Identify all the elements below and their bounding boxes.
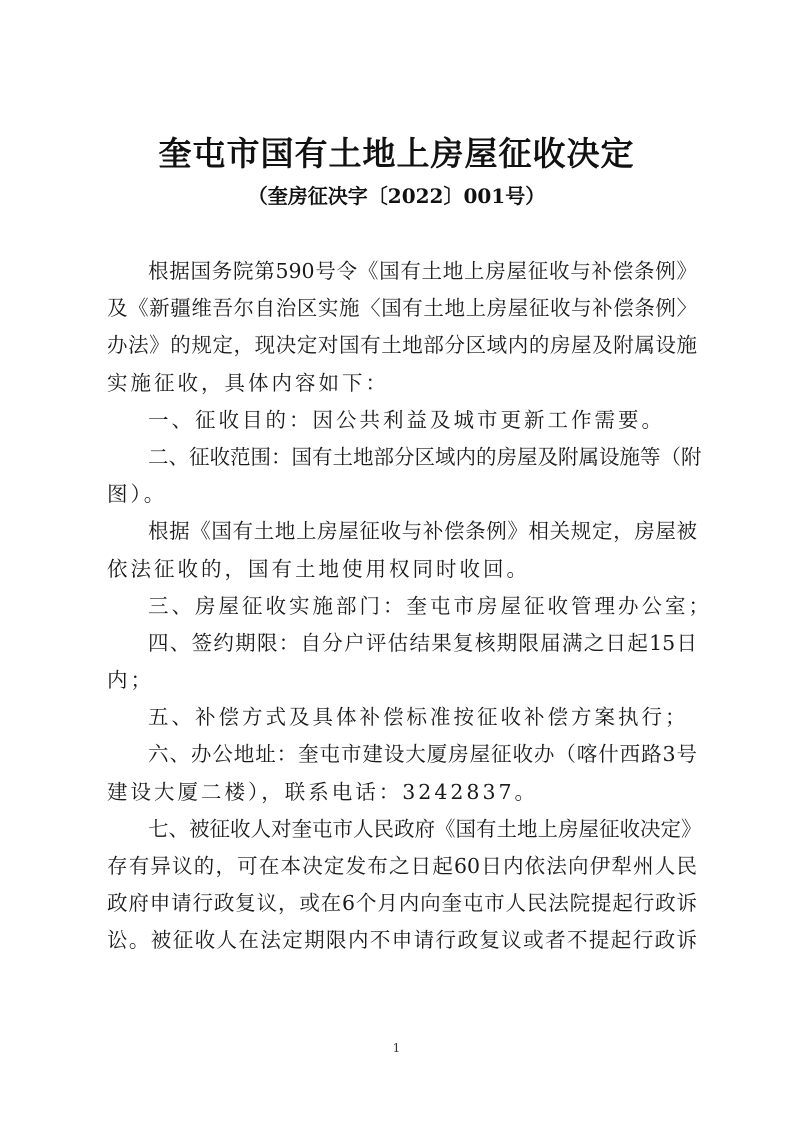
document-number: （奎房征决字〔2022〕001号） [0, 182, 793, 210]
body-line: 及《新疆维吾尔自治区实施〈国有土地上房屋征收与补偿条例〉 [107, 290, 697, 327]
document-page: 奎屯市国有土地上房屋征收决定 （奎房征决字〔2022〕001号） 根据国务院第5… [0, 0, 793, 1122]
body-line: 根据《国有土地上房屋征收与补偿条例》相关规定，房屋被 [107, 513, 697, 550]
body-line: 根据国务院第590号令《国有土地上房屋征收与补偿条例》 [107, 253, 697, 290]
body-line: 内； [107, 662, 697, 699]
body-line: 三、房屋征收实施部门：奎屯市房屋征收管理办公室； [107, 588, 697, 625]
body-line: 依法征收的，国有土地使用权同时收回。 [107, 551, 697, 588]
body-line: 办法》的规定，现决定对国有土地部分区域内的房屋及附属设施 [107, 327, 697, 364]
body-line: 讼。被征收人在法定期限内不申请行政复议或者不提起行政诉 [107, 922, 697, 959]
document-body: 根据国务院第590号令《国有土地上房屋征收与补偿条例》 及《新疆维吾尔自治区实施… [107, 253, 697, 960]
body-line: 六、办公地址：奎屯市建设大厦房屋征收办（喀什西路3号 [107, 736, 697, 773]
body-line: 七、被征收人对奎屯市人民政府《国有土地上房屋征收决定》 [107, 811, 697, 848]
body-line: 图）。 [107, 476, 697, 513]
body-line: 实施征收，具体内容如下： [107, 365, 697, 402]
page-number: 1 [0, 1041, 793, 1055]
body-line: 一、征收目的：因公共利益及城市更新工作需要。 [107, 402, 697, 439]
body-line: 四、签约期限：自分户评估结果复核期限届满之日起15日 [107, 625, 697, 662]
body-line: 二、征收范围：国有土地部分区域内的房屋及附属设施等（附 [107, 439, 697, 476]
body-line: 五、补偿方式及具体补偿标准按征收补偿方案执行； [107, 699, 697, 736]
document-title: 奎屯市国有土地上房屋征收决定 [0, 134, 793, 174]
body-line: 存有异议的，可在本决定发布之日起60日内依法向伊犁州人民 [107, 848, 697, 885]
body-line: 政府申请行政复议，或在6个月内向奎屯市人民法院提起行政诉 [107, 885, 697, 922]
body-line: 建设大厦二楼），联系电话：3242837。 [107, 774, 697, 811]
